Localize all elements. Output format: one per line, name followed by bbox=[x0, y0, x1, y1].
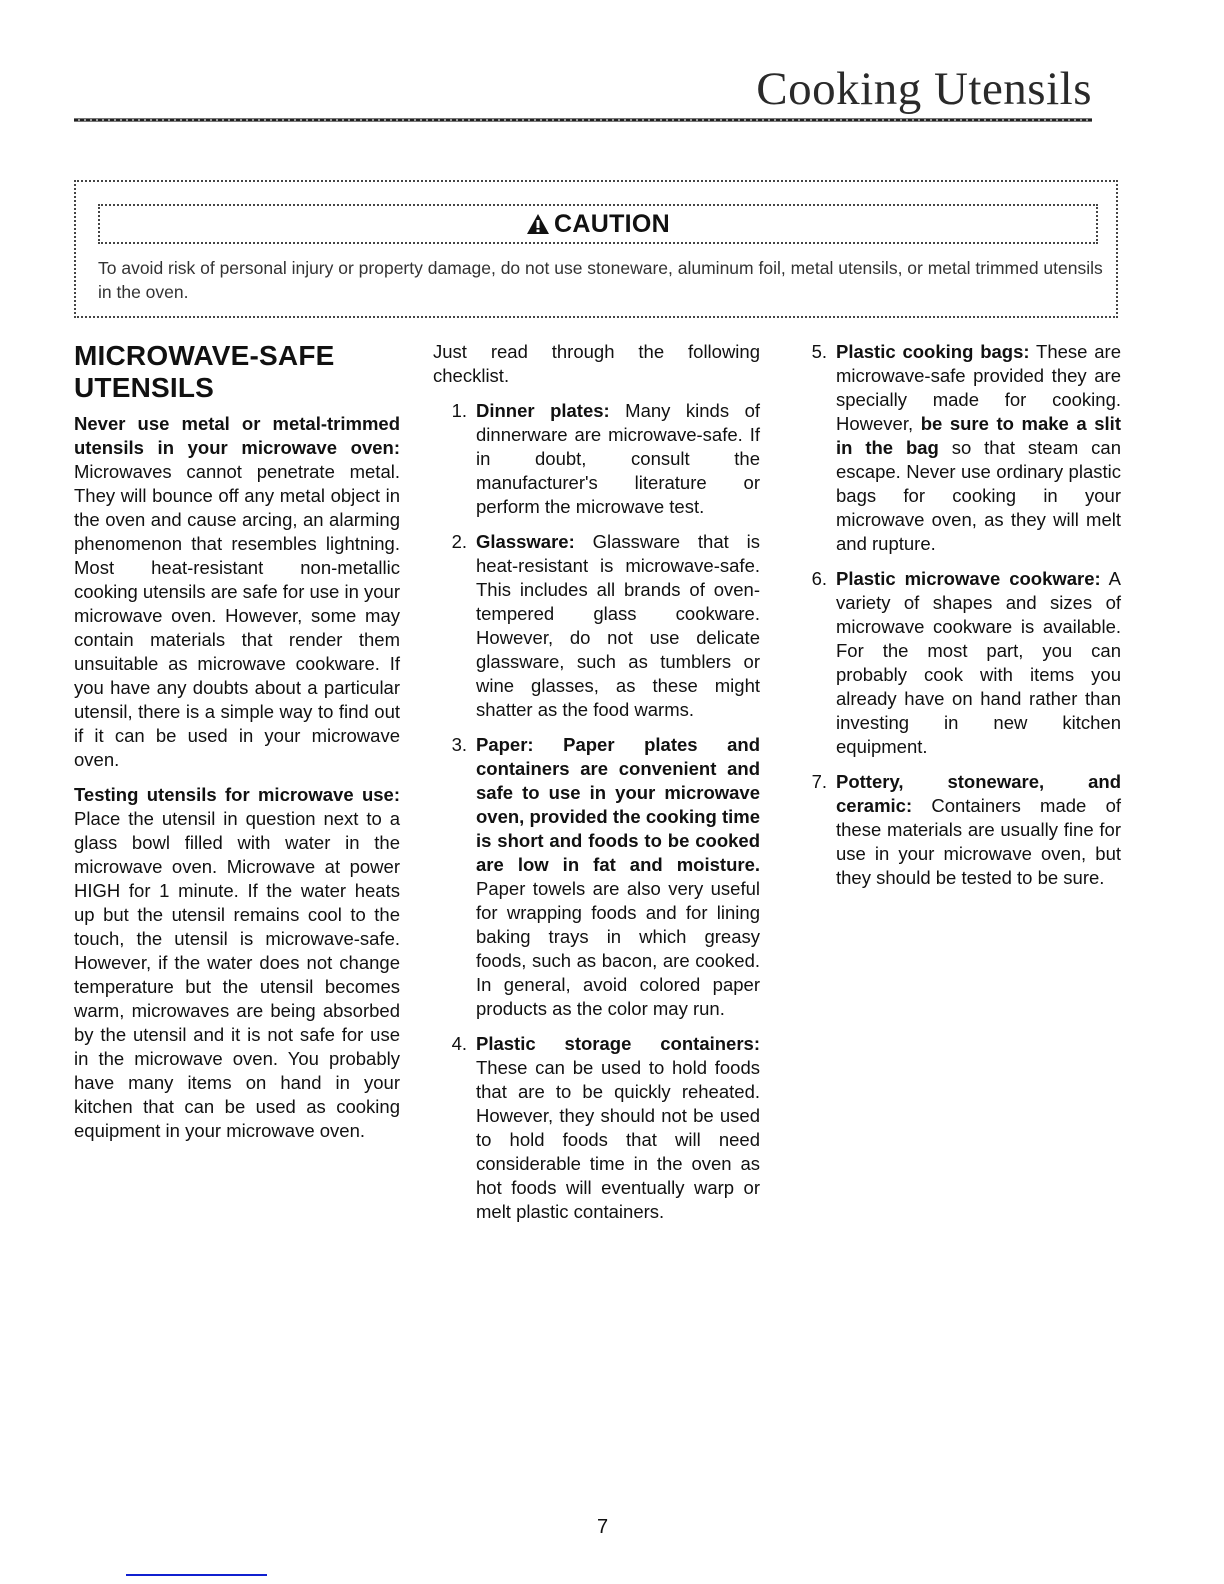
page-number: 7 bbox=[597, 1516, 608, 1539]
list-number: 5. bbox=[805, 340, 827, 364]
checklist-item-glassware: 2. Glassware: Glassware that is heat-res… bbox=[433, 530, 760, 722]
warning-triangle-icon bbox=[526, 213, 550, 235]
list-item-lead: Paper: Paper plates and containers are c… bbox=[476, 734, 760, 875]
paragraph-metal-warning: Never use metal or metal-trimmed utensil… bbox=[74, 412, 400, 772]
list-item-body: Glassware that is heat-resistant is micr… bbox=[476, 531, 760, 720]
caution-label-wrapper: CAUTION bbox=[526, 210, 670, 239]
caution-text: To avoid risk of personal injury or prop… bbox=[98, 256, 1103, 304]
section-heading: MICROWAVE-SAFE UTENSILS bbox=[74, 340, 400, 404]
title-divider bbox=[74, 118, 1092, 122]
caution-title: CAUTION bbox=[554, 210, 670, 239]
checklist-item-plastic-cookware: 6. Plastic microwave cookware: A variety… bbox=[805, 567, 1121, 759]
checklist-intro: Just read through the following checklis… bbox=[433, 340, 760, 388]
list-item-lead: Dinner plates: bbox=[476, 400, 610, 421]
list-item-lead: Glassware: bbox=[476, 531, 575, 552]
list-number: 4. bbox=[433, 1032, 467, 1056]
checklist-item-plastic-bags: 5. Plastic cooking bags: These are micro… bbox=[805, 340, 1121, 556]
list-number: 7. bbox=[805, 770, 827, 794]
paragraph-testing-utensils: Testing utensils for microwave use: Plac… bbox=[74, 783, 400, 1143]
column-3: 5. Plastic cooking bags: These are micro… bbox=[805, 340, 1121, 901]
page-title: Cooking Utensils bbox=[756, 62, 1092, 116]
column-2: Just read through the following checklis… bbox=[433, 340, 760, 1235]
paragraph-lead: Never use metal or metal-trimmed utensil… bbox=[74, 413, 400, 458]
list-item-body: These can be used to hold foods that are… bbox=[476, 1057, 760, 1222]
paragraph-lead: Testing utensils for microwave use: bbox=[74, 784, 400, 805]
caution-header: CAUTION bbox=[98, 204, 1098, 244]
paragraph-body: Microwaves cannot penetrate metal. They … bbox=[74, 461, 400, 770]
caution-box: CAUTION To avoid risk of personal injury… bbox=[74, 180, 1118, 318]
list-number: 2. bbox=[433, 530, 467, 554]
list-number: 3. bbox=[433, 733, 467, 757]
checklist-item-paper: 3. Paper: Paper plates and containers ar… bbox=[433, 733, 760, 1021]
list-item-lead: Plastic storage containers: bbox=[476, 1033, 760, 1054]
list-number: 1. bbox=[433, 399, 467, 423]
paragraph-body: Place the utensil in question next to a … bbox=[74, 808, 400, 1141]
list-item-body: Paper towels are also very useful for wr… bbox=[476, 878, 760, 1019]
checklist-item-plastic-storage: 4. Plastic storage containers: These can… bbox=[433, 1032, 760, 1224]
list-item-lead: Plastic cooking bags: bbox=[836, 341, 1030, 362]
checklist-item-dinner-plates: 1. Dinner plates: Many kinds of dinnerwa… bbox=[433, 399, 760, 519]
list-item-body: A variety of shapes and sizes of microwa… bbox=[836, 568, 1121, 757]
column-1: MICROWAVE-SAFE UTENSILS Never use metal … bbox=[74, 340, 400, 1154]
checklist-item-pottery: 7. Pottery, stoneware, and ceramic: Cont… bbox=[805, 770, 1121, 890]
list-item-lead: Plastic microwave cookware: bbox=[836, 568, 1101, 589]
list-number: 6. bbox=[805, 567, 827, 591]
footer-link-underline[interactable] bbox=[126, 1574, 267, 1576]
